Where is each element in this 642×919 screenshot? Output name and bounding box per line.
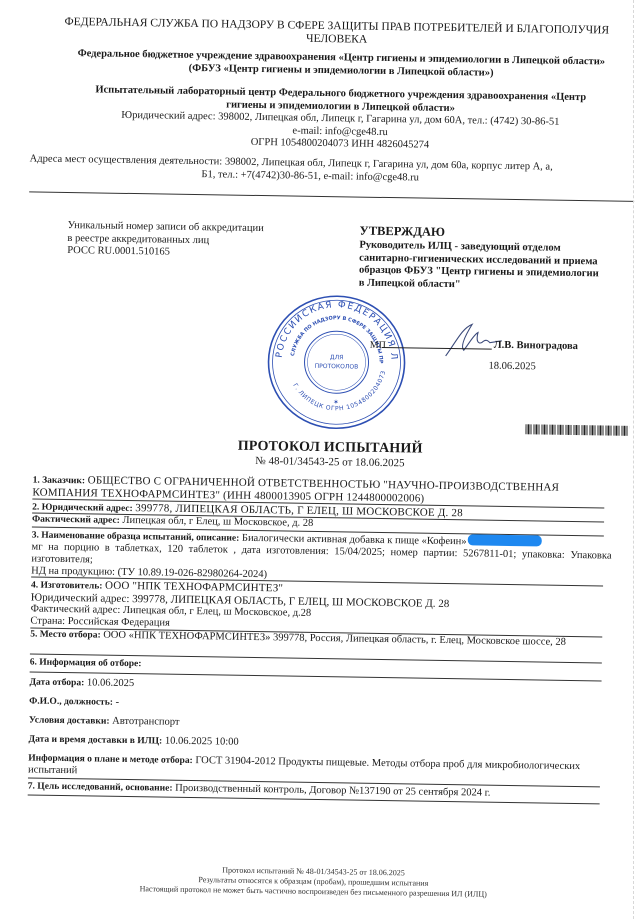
- sampler-label: Ф.И.О., должность:: [29, 696, 113, 707]
- manufacturer-label: 4. Изготовитель:: [31, 580, 103, 591]
- accreditation-block: Уникальный номер записи об аккредитации …: [67, 220, 308, 261]
- page-footer: Протокол испытаний № 48-01/34543-25 от 1…: [33, 863, 593, 902]
- scan-edge: [632, 0, 634, 919]
- barcode: [525, 424, 629, 436]
- mp-label: МП: [370, 340, 386, 351]
- delivery-conditions-label: Условия доставки:: [29, 715, 110, 726]
- svg-text:✶: ✶: [333, 398, 339, 406]
- organization-name: Федеральное бюджетное учреждение здравоо…: [46, 48, 636, 82]
- sampling-info-label: 6. Информация об отборе:: [30, 656, 610, 677]
- sampling-date-value: 10.06.2025: [87, 677, 134, 689]
- approval-block: УТВЕРЖДАЮ Руководитель ИЛЦ - заведующий …: [359, 224, 600, 294]
- customer-label: 1. Заказчик:: [33, 475, 86, 486]
- purpose-value: Производственный контроль, Договор №1371…: [175, 783, 490, 799]
- sampling-date-label: Дата отбора:: [29, 677, 84, 688]
- seal-center-line1: ДЛЯ: [330, 354, 343, 361]
- approver-role: Руководитель ИЛЦ - заведующий отделом са…: [359, 240, 600, 294]
- agency-title: ФЕДЕРАЛЬНАЯ СЛУЖБА ПО НАДЗОРУ В СФЕРЕ ЗА…: [47, 16, 627, 51]
- redacted-block: [467, 534, 541, 546]
- section-sampling-info: 6. Информация об отборе:: [30, 656, 610, 677]
- delivery-conditions-row: Условия доставки: Автотранспорт: [29, 714, 609, 735]
- seal-center-line2: ПРОТОКОЛОВ: [315, 363, 359, 371]
- purpose-label: 7. Цель исследований, основание:: [28, 781, 173, 793]
- seal-icon: РОССИЙСКАЯ ФЕДЕРАЦИЯ ЛИПЕЦКАЯ ОБЛАСТЬ СЛ…: [262, 291, 410, 433]
- delivery-conditions-value: Автотранспорт: [112, 716, 179, 728]
- accreditation-number: РОСС RU.0001.510165: [67, 245, 307, 261]
- delivery-datetime-label: Дата и время доставки в ИЛЦ:: [28, 734, 162, 746]
- laboratory-info: Испытательный лабораторный центр Федерал…: [45, 84, 636, 156]
- header-divider: [29, 191, 634, 202]
- actual-address-value: Липецкая обл, г Елец, ш Московское, д. 2…: [122, 515, 313, 529]
- approval-date: 18.06.2025: [488, 361, 535, 373]
- sampler-row: Ф.И.О., должность: -: [29, 695, 609, 716]
- sampling-plan-row: Информация о плане и методе отбора: ГОСТ…: [28, 752, 608, 785]
- delivery-datetime-value: 10.06.2025 10:00: [165, 736, 239, 748]
- activity-addresses: Адреса мест осуществления деятельности: …: [29, 153, 634, 187]
- svg-text:Г. ЛИПЕЦК ОГРН 1054800204073: Г. ЛИПЕЦК ОГРН 1054800204073: [291, 368, 388, 413]
- signer-name: Л.В. Виноградова: [494, 340, 578, 352]
- protocol-page: ФЕДЕРАЛЬНАЯ СЛУЖБА ПО НАДЗОРУ В СФЕРЕ ЗА…: [0, 0, 642, 919]
- sampling-place-label: 5. Место отбора:: [30, 629, 101, 640]
- actual-address-label: Фактический адрес:: [32, 514, 120, 525]
- sampler-value: -: [115, 697, 119, 708]
- official-seal: РОССИЙСКАЯ ФЕДЕРАЦИЯ ЛИПЕЦКАЯ ОБЛАСТЬ СЛ…: [262, 291, 410, 433]
- delivery-datetime-row: Дата и время доставки в ИЛЦ: 10.06.2025 …: [28, 733, 608, 754]
